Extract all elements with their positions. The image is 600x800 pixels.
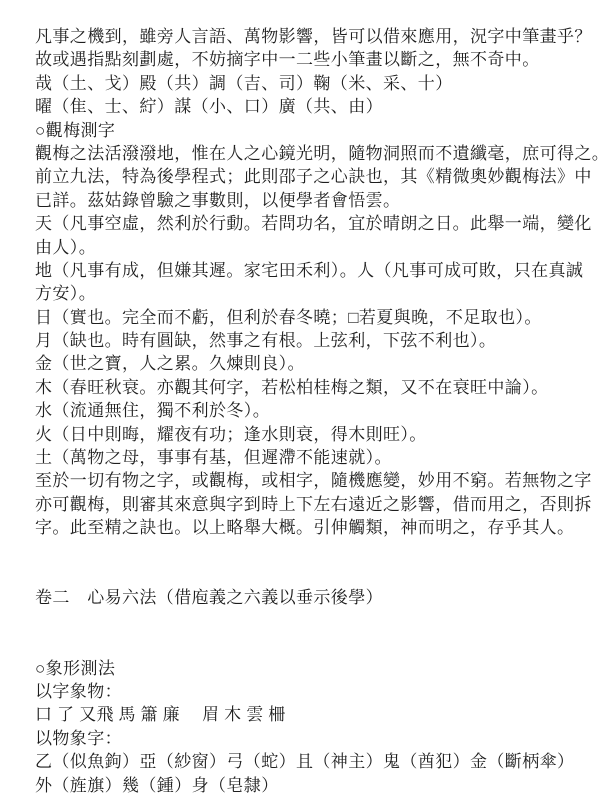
- text-line: 以字象物：: [35, 680, 572, 703]
- document-page: 凡事之機到，雖旁人言語、萬物影響，皆可以借來應用，況字中筆畫乎？故或遇指點刻劃處…: [0, 0, 600, 800]
- text-line: 乙（似魚鉤）亞（紗窗）弓（蛇）且（神主）鬼（酋犯）金（斷柄傘）: [35, 750, 572, 773]
- text-line: 口 了 又飛 馬 簫 廉 眉 木 雲 柵: [35, 703, 572, 726]
- text-line: 哉（土、戈）殿（共）調（吉、司）鞠（米、采、十）: [35, 72, 572, 95]
- text-line: 以物象字：: [35, 727, 572, 750]
- text-line: 由人）。: [35, 236, 572, 259]
- blank-line: [35, 610, 572, 633]
- text-line: 土（萬物之母，事事有基，但遲滯不能速就）。: [35, 446, 572, 469]
- text-line: 故或遇指點刻劃處，不妨摘字中一二些小筆畫以斷之，無不奇中。: [35, 48, 572, 71]
- text-line: 曜（隹、士、紵）謀（小、口）廣（共、由）: [35, 95, 572, 118]
- text-line: 火（日中則晦，耀夜有功；逢水則衰，得木則旺）。: [35, 423, 572, 446]
- blank-line: [35, 540, 572, 563]
- text-line: 方安）。: [35, 282, 572, 305]
- text-line: 觀梅之法活潑潑地，惟在人之心鏡光明，隨物洞照而不遺纖毫，庶可得之。: [35, 142, 572, 165]
- text-line: 前立九法，特為後學程式；此則邵子之心訣也，其《精微奧妙觀梅法》中: [35, 165, 572, 188]
- text-line: 凡事之機到，雖旁人言語、萬物影響，皆可以借來應用，況字中筆畫乎？: [35, 25, 572, 48]
- text-line: 地（凡事有成，但嫌其遲。家宅田禾利）。人（凡事可成可敗，只在真誠: [35, 259, 572, 282]
- text-line: 至於一切有物之字，或觀梅，或相字，隨機應變，妙用不窮。若無物之字: [35, 469, 572, 492]
- text-line: 字。此至精之訣也。以上略舉大概。引伸觸類，神而明之，存乎其人。: [35, 516, 572, 539]
- text-line: 金（世之寶，人之累。久煉則良）。: [35, 352, 572, 375]
- text-line: 水（流通無住，獨不利於冬）。: [35, 399, 572, 422]
- text-line: 亦可觀梅，則審其來意與字到時上下左右遠近之影響，借而用之，否則拆: [35, 493, 572, 516]
- text-line: 外（旌旗）幾（鍾）身（皂隸）: [35, 774, 572, 797]
- document-body: 凡事之機到，雖旁人言語、萬物影響，皆可以借來應用，況字中筆畫乎？故或遇指點刻劃處…: [35, 25, 572, 797]
- text-line: 已詳。茲姑錄曾驗之事數則，以便學者會悟雲。: [35, 189, 572, 212]
- text-line: 日（實也。完全而不虧，但利於春冬曉；□若夏與晚，不足取也）。: [35, 306, 572, 329]
- section-heading: ○觀梅測字: [35, 119, 572, 142]
- text-line: 木（春旺秋衰。亦觀其何字，若松柏桂梅之類，又不在衰旺中論）。: [35, 376, 572, 399]
- chapter-title: 卷二 心易六法（借庖義之六義以垂示後學）: [35, 586, 572, 609]
- section-heading: ○象形測法: [35, 657, 572, 680]
- blank-line: [35, 633, 572, 656]
- blank-line: [35, 563, 572, 586]
- text-line: 月（缺也。時有圓缺，然事之有根。上弦利，下弦不利也）。: [35, 329, 572, 352]
- text-line: 天（凡事空虛，然利於行動。若問功名，宜於晴朗之日。此舉一端，變化: [35, 212, 572, 235]
